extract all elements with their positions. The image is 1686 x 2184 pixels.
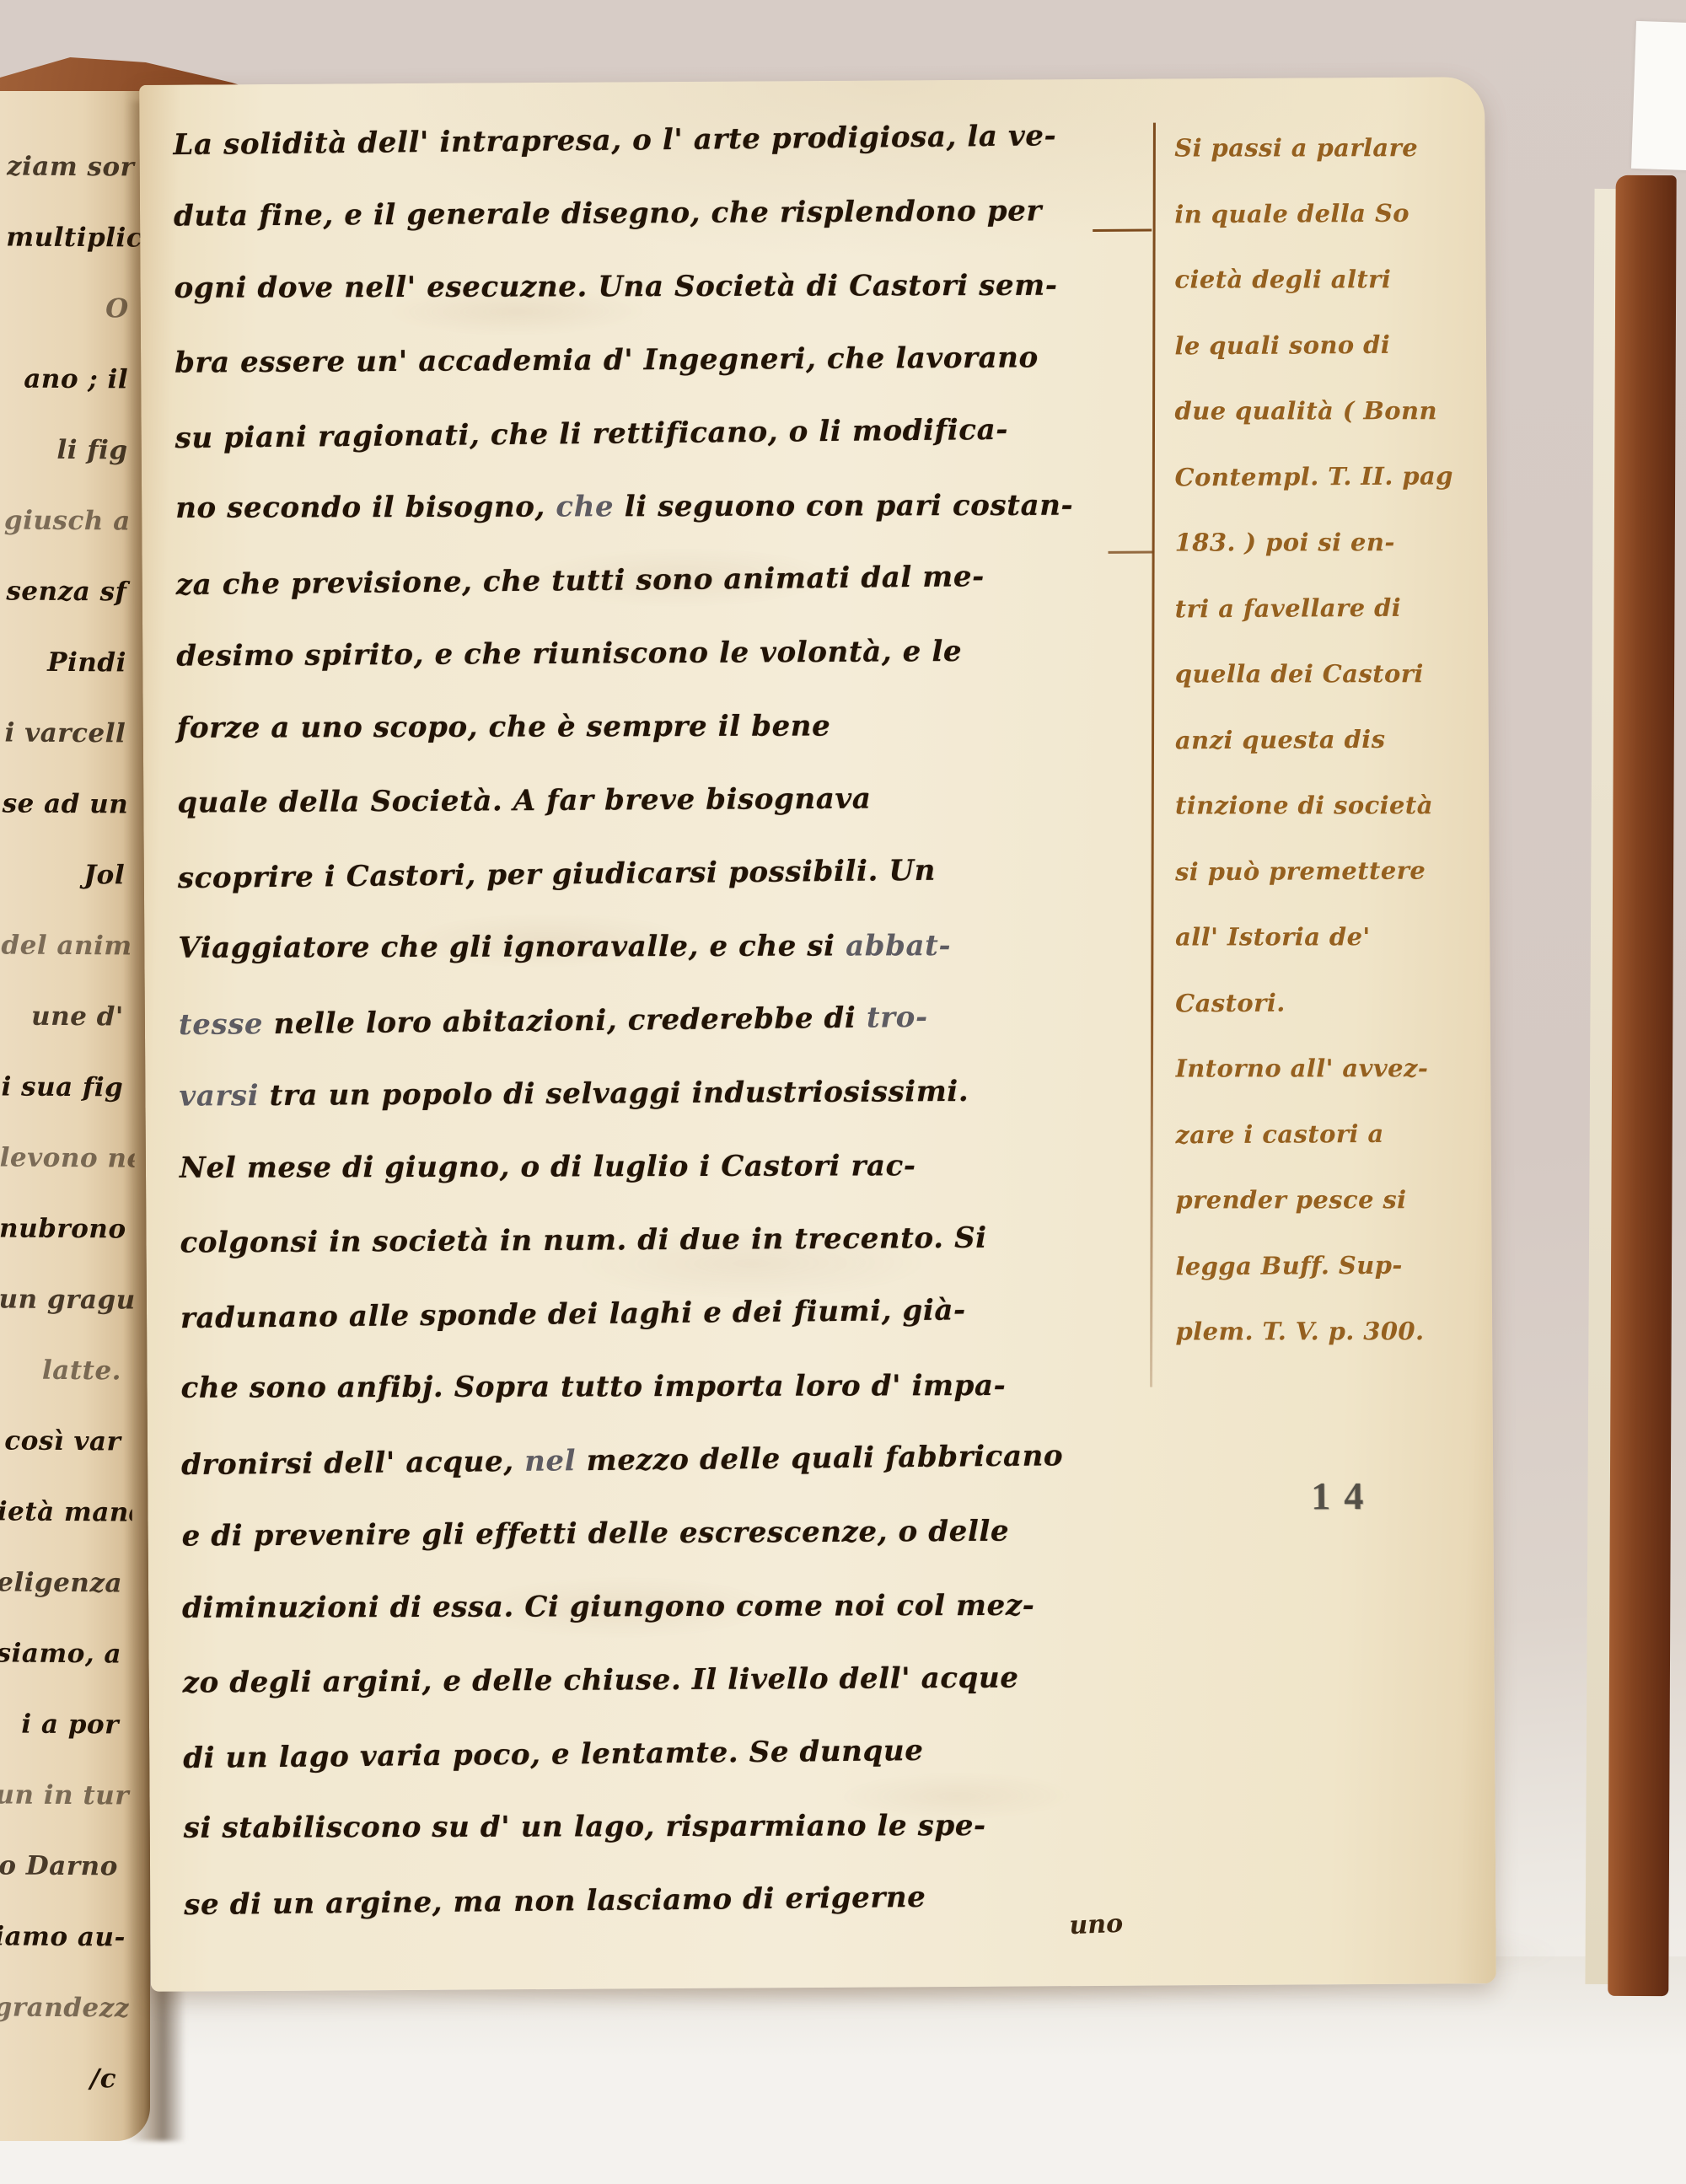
ink-text: zo degli argini, e delle chiuse. Il live… [183,1661,1019,1700]
ink-text: mezzo delle quali fabbricano [576,1439,1063,1478]
manuscript-text-line: desimo spirito, e che riuniscono le volo… [176,614,1155,694]
manuscript-text-line: radunano alle sponde dei laghi e dei fiu… [180,1272,1159,1355]
left-page-fragment: del anim [1,910,137,981]
catchword: uno [1069,1909,1124,1941]
ink-text: no secondo il bisogno, [175,490,556,524]
ink-text: di un lago varia poco, e lentamte. Se du… [183,1734,924,1775]
manuscript-text-line: forze a uno scopo, che è sempre il bene [177,689,1155,765]
margin-note-line: quella dei Castori [1175,641,1472,706]
manuscript-text-line: zo degli argini, e delle chiuse. Il live… [182,1641,1161,1720]
manuscript-text-line: duta fine, e il generale disegno, che ri… [174,174,1152,254]
manuscript-text-line: quale della Società. A far breve bisogna… [177,761,1156,840]
left-page-fragment: grandezza [0,1972,129,2043]
margin-note-line: 183. ) poi si en- [1175,509,1472,575]
manuscript-text-line: scoprire i Castori, per giudicarsi possi… [177,832,1156,915]
ink-text: forze a uno scopo, che è sempre il bene [177,710,831,745]
pencil-overwrite: varsi [179,1079,259,1113]
margin-note-line: anzi questa dis [1175,706,1472,773]
left-page-fragment: ietà mand [0,1476,132,1548]
margin-note-line: Intorno all' avvez- [1175,1035,1472,1101]
manuscript-text-line: tesse nelle loro abitazioni, crederebbe … [178,979,1157,1062]
left-page-fragment: senza sf [3,555,139,627]
margin-note-line: Contempl. T. II. pag [1174,443,1471,510]
left-page-fragment: O [5,272,141,344]
back-cover-leather [1608,175,1676,1996]
margin-note-line: in quale della So [1174,180,1471,247]
margin-note-line: Castori. [1175,969,1472,1036]
ink-text: Nel mese di giugno, o di luglio i Castor… [180,1149,916,1185]
margin-note-line: prender pesce si [1175,1167,1472,1232]
margin-note-line: due qualità ( Bonn [1175,378,1472,443]
left-page-fragment: siamo, a [0,1618,132,1689]
left-page-fragment: o Darno [0,1830,130,1902]
manuscript-text-line: varsi tra un popolo di selvaggi industri… [179,1054,1157,1134]
background-card [1631,21,1686,170]
margin-note-line: plem. T. V. p. 300. [1175,1298,1472,1364]
ink-text: diminuzioni di essa. Ci giungono come no… [182,1589,1034,1625]
left-page-fragment: levono nel [0,1122,135,1194]
left-page-fragment: latte. [0,1334,133,1406]
margin-note-line: tri a favellare di [1175,574,1472,641]
margin-note-line: tinzione di società [1175,772,1472,838]
margin-note-line: zare i castori a [1175,1100,1472,1167]
ink-text: ogni dove nell' esecuzne. Una Società di… [175,269,1058,305]
left-page-fragment: se ad un [2,768,137,840]
manuscript-text-line: si stabiliscono su d' un lago, risparmia… [184,1789,1162,1865]
left-page-fragment: i sua fig [0,1051,136,1123]
left-page-fragment: ziam sor [7,131,142,202]
pencil-overwrite: nel [524,1444,576,1478]
margin-tick-mid [1109,551,1154,554]
ink-text: duta fine, e il generale disegno, che ri… [174,194,1042,233]
ink-text: che sono anfibj. Sopra tutto importa lor… [180,1369,1006,1405]
manuscript-text-line: za che previsione, che tutti sono animat… [175,539,1154,622]
ink-text: Viaggiatore che gli ignoravalle, e che s… [178,929,846,964]
margin-note-line: cietà degli altri [1174,246,1471,312]
margin-tick-top [1093,229,1152,232]
left-page-fragment: Jol [2,839,137,910]
pencil-overwrite: tesse [179,1007,264,1042]
left-page-fragment: un in tur [0,1759,131,1831]
left-page-fragment: giusch a [4,485,140,556]
ink-text: scoprire i Castori, per giudicarsi possi… [178,854,937,895]
ink-text: tra un popolo di selvaggi industriosissi… [259,1075,969,1113]
manuscript-text-line: diminuzioni di essa. Ci giungono come no… [182,1569,1160,1645]
left-page-fragment: nubrono [0,1193,134,1264]
left-page-fragment: Pindi [3,626,139,698]
margin-note-line: legga Buff. Sup- [1175,1232,1472,1299]
manuscript-text-line: e di prevenire gli effetti delle escresc… [181,1494,1160,1574]
manuscript-text-line: Viaggiatore che gli ignoravalle, e che s… [178,909,1156,985]
manuscript-text-line: Nel mese di giugno, o di luglio i Castor… [180,1129,1157,1205]
left-page-fragment: così var [0,1405,133,1477]
left-page-fragment: un gragul [0,1264,134,1335]
pencil-overwrite: che [556,490,614,523]
pencil-overwrite: tro- [867,1001,928,1035]
manuscript-text-line: La solidità dell' intrapresa, o l' arte … [173,99,1152,182]
ink-text: za che previsione, che tutti sono animat… [176,560,985,602]
ink-text: bra essere un' accademia d' Ingegneri, c… [175,341,1039,379]
margin-note-line: si può premettere [1175,837,1472,904]
margin-note-line: Si passi a parlare [1174,115,1471,180]
manuscript-text-line: no secondo il bisogno, che li seguono co… [175,469,1153,545]
ink-text: radunano alle sponde dei laghi e dei fiu… [180,1293,966,1335]
left-page-fragment: /c [0,2042,128,2114]
ink-text: dronirsi dell' acque, [181,1445,524,1482]
ink-text: nelle loro abitazioni, crederebbe di [263,1001,867,1041]
ink-text: se di un argine, ma non lasciamo di erig… [184,1881,926,1922]
photo-background: ziam sormultiplicaOano ; illi figgiusch … [0,0,1686,2184]
left-page-fragment: i a por [0,1688,131,1760]
ink-text: su piani ragionati, che li rettificano, … [175,413,1008,455]
manuscript-page: La solidità dell' intrapresa, o l' arte … [139,77,1496,1992]
left-page-fragment: li fig [4,414,140,486]
ink-text: quale della Società. A far breve bisogna… [177,782,871,820]
ink-text: La solidità dell' intrapresa, o l' arte … [173,119,1056,162]
ink-text: colgonsi in società in num. di due in tr… [180,1221,986,1260]
left-page-fragment: multiplica [6,201,142,273]
margin-note-line: le quali sono di [1174,311,1471,378]
left-page-fragment: une d' [1,980,137,1052]
left-page-text-column: ziam sormultiplicaOano ; illi figgiusch … [0,131,142,2114]
manuscript-text-line: dronirsi dell' acque, nel mezzo delle qu… [181,1419,1160,1502]
ink-text: li seguono con pari costan- [614,489,1073,524]
manuscript-text-line: ogni dove nell' esecuzne. Una Società di… [174,249,1152,325]
margin-notes-block: Si passi a parlarein quale della Società… [1174,115,1472,1364]
ink-text: e di prevenire gli effetti delle escresc… [182,1515,1010,1553]
left-page-fragment: iamo au- [0,1901,130,1972]
margin-note-line: all' Istoria de' [1175,904,1472,969]
page-number-stamp: 14 [1311,1473,1377,1518]
manuscript-text-line: che sono anfibj. Sopra tutto importa lor… [180,1349,1158,1425]
manuscript-text-line: su piani ragionati, che li rettificano, … [175,392,1153,475]
manuscript-text-line: bra essere un' accademia d' Ingegneri, c… [175,321,1153,400]
left-page-fragment: i varcell [3,697,138,769]
manuscript-text-line: se di un argine, ma non lasciamo di erig… [184,1859,1162,1942]
manuscript-text-line: colgonsi in società in num. di due in tr… [180,1201,1158,1280]
ink-text: desimo spirito, e che riuniscono le volo… [176,635,962,673]
left-page-fragment: eligenza [0,1547,132,1618]
left-page-fragment: ano ; il [5,343,141,415]
pencil-overwrite: abbat- [846,929,951,963]
manuscript-text-line: di un lago varia poco, e lentamte. Se du… [183,1712,1162,1795]
main-text-block: La solidità dell' intrapresa, o l' arte … [173,101,1162,1940]
ink-text: si stabiliscono su d' un lago, risparmia… [184,1809,986,1845]
